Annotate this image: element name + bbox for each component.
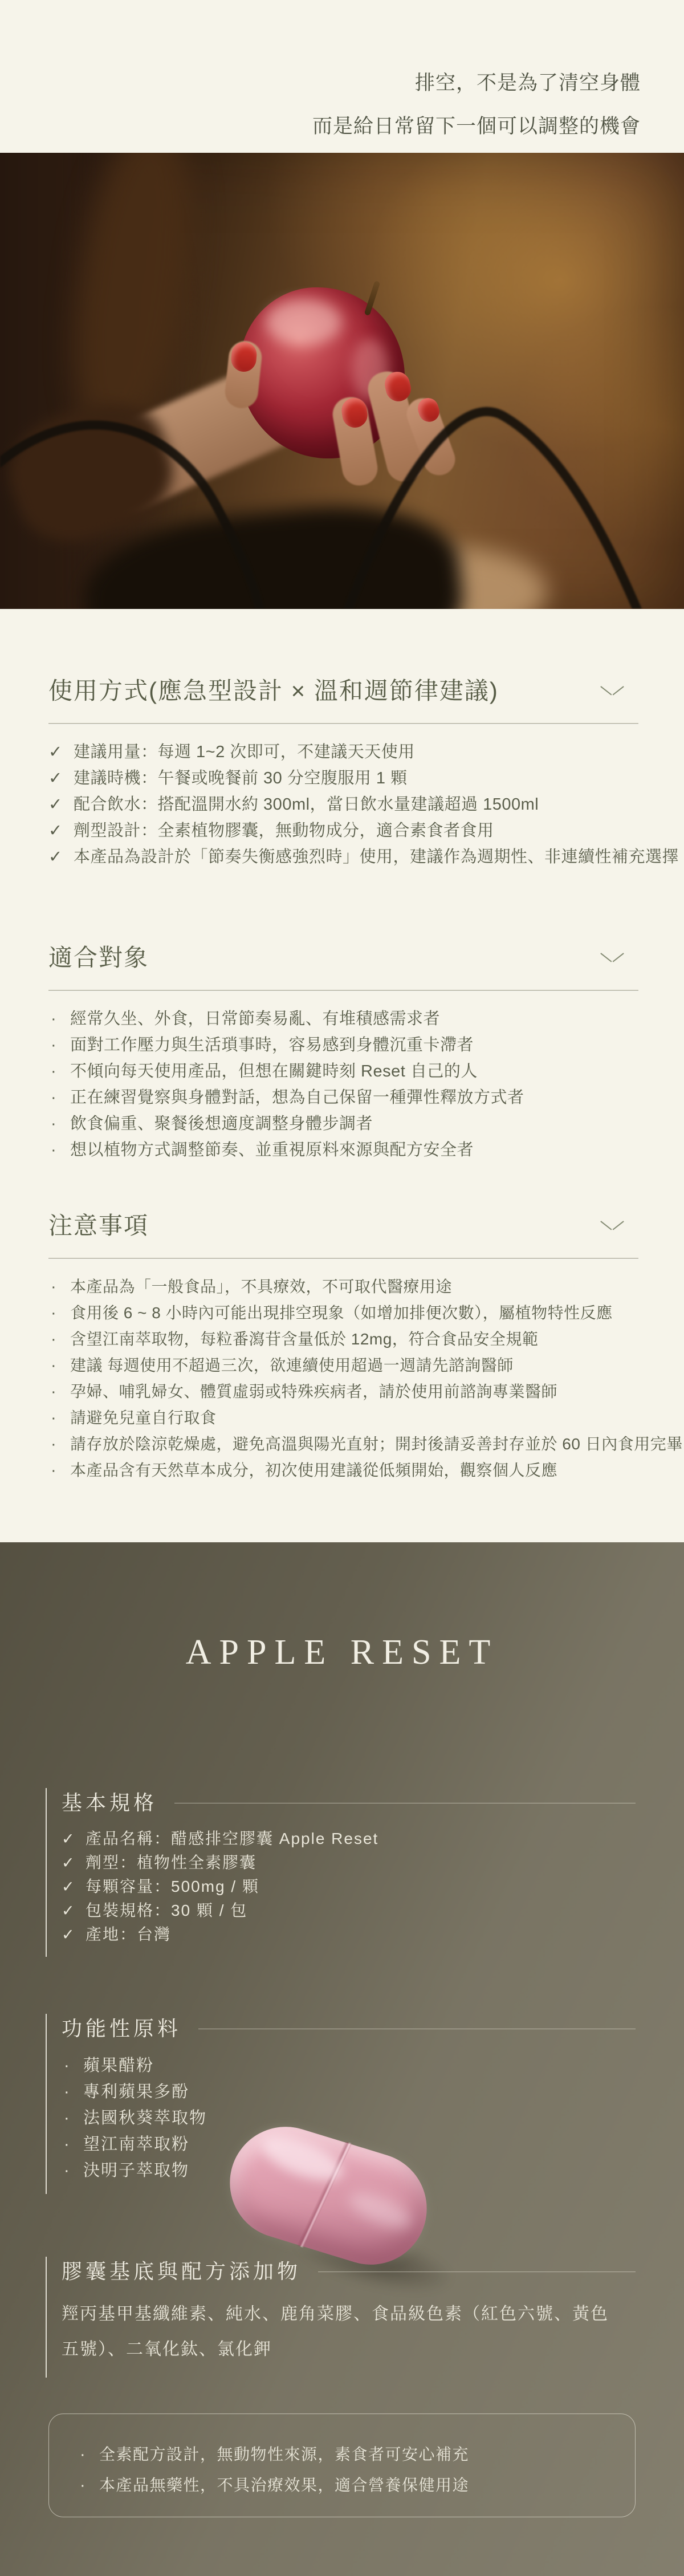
spec-item-text: 產地：台灣 — [85, 1923, 171, 1947]
list-item: ·食用後 6 ~ 8 小時內可能出現排空現象（如增加排便次數），屬植物特性反應 — [48, 1300, 638, 1326]
spec-item-text: 劑型：植物性全素膠囊 — [85, 1851, 256, 1875]
spec-item-text: 包裝規格：30 顆 / 包 — [85, 1899, 247, 1923]
bag-straps — [0, 153, 684, 609]
chevron-down-icon[interactable] — [602, 1218, 622, 1233]
cautions-accordion-header[interactable]: 注意事項 — [48, 1211, 638, 1241]
list-item: ·想以植物方式調整節奏、並重視原料來源與配方安全者 — [48, 1137, 638, 1163]
check-icon: ✓ — [48, 765, 74, 791]
specs-header: 基本規格 — [62, 1788, 636, 1818]
bullet-icon: · — [48, 1058, 70, 1084]
ingredient-item-text: 決明子萃取物 — [83, 2157, 189, 2184]
list-item: ✓建議時機：午餐或晚餐前 30 分空腹服用 1 顆 — [48, 765, 638, 791]
specs-list: ✓產品名稱：醋感排空膠囊 Apple Reset ✓劑型：植物性全素膠囊 ✓每顆… — [62, 1827, 636, 1947]
check-icon: ✓ — [48, 844, 74, 870]
usage-list: ✓建議用量：每週 1~2 次即可，不建議天天使用 ✓建議時機：午餐或晚餐前 30… — [48, 739, 638, 870]
divider — [48, 1258, 638, 1259]
check-icon: ✓ — [62, 1851, 85, 1875]
capsule-base-text: 羥丙基甲基纖維素、純水、鹿角菜膠、食品級色素（紅色六號、黃色五號）、二氧化鈦、氯… — [62, 2297, 626, 2367]
tagline-line1: 排空，不是為了清空身體 — [312, 62, 641, 105]
capsule-base-header: 膠囊基底與配方添加物 — [62, 2257, 636, 2286]
usage-accordion-header[interactable]: 使用方式(應急型設計 × 溫和週節律建議) — [48, 676, 638, 706]
ingredient-item-text: 蘋果醋粉 — [83, 2053, 154, 2079]
list-item: ·請避免兒童自行取食 — [48, 1405, 638, 1431]
bullet-icon: · — [62, 2157, 83, 2184]
usage-item-text: 建議時機：午餐或晚餐前 30 分空腹服用 1 顆 — [74, 765, 408, 791]
bullet-icon: · — [48, 1379, 70, 1405]
heading-rule — [174, 1803, 636, 1803]
usage-item-text: 劑型設計：全素植物膠囊，無動物成分，適合素食者食用 — [74, 818, 494, 844]
list-item: ·蘋果醋粉 — [62, 2053, 636, 2079]
bullet-icon: · — [48, 1405, 70, 1431]
caution-item-text: 本產品含有天然草本成分，初次使用建議從低頻開始，觀察個人反應 — [70, 1457, 557, 1483]
bullet-icon: · — [62, 2131, 83, 2157]
spec-item-text: 產品名稱：醋感排空膠囊 Apple Reset — [85, 1827, 378, 1851]
list-item: ·本產品含有天然草本成分，初次使用建議從低頻開始，觀察個人反應 — [48, 1457, 638, 1484]
ingredients-header: 功能性原料 — [62, 2014, 636, 2043]
bullet-icon: · — [48, 1432, 70, 1457]
bullet-icon: · — [48, 1301, 70, 1326]
list-item: ✓產品名稱：醋感排空膠囊 Apple Reset — [62, 1827, 636, 1851]
check-icon: ✓ — [62, 1827, 85, 1851]
list-item: ✓產地：台灣 — [62, 1923, 636, 1947]
audience-title: 適合對象 — [48, 943, 149, 973]
ingredients-title: 功能性原料 — [62, 2014, 181, 2043]
list-item: ·經常久坐、外食，日常節奏易亂、有堆積感需求者 — [48, 1006, 638, 1032]
section-usage: 使用方式(應急型設計 × 溫和週節律建議) ✓建議用量：每週 1~2 次即可，不… — [48, 676, 638, 870]
list-item: ·全素配方設計，無動物性來源，素食者可安心補充 — [78, 2439, 606, 2470]
list-item: ·法國秋葵萃取物 — [62, 2105, 636, 2131]
cautions-title: 注意事項 — [48, 1211, 149, 1241]
bullet-icon: · — [48, 1006, 70, 1032]
list-item: ·本產品無藥性，不具治療效果，適合營養保健用途 — [78, 2470, 606, 2501]
list-item: ·飲食偏重、聚餐後想適度調整身體步調者 — [48, 1111, 638, 1137]
usage-item-text: 配合飲水：搭配溫開水約 300ml，當日飲水量建議超過 1500ml — [74, 791, 539, 818]
caution-item-text: 請存放於陰涼乾燥處，避免高溫與陽光直射；開封後請妥善封存並於 60 日內食用完畢 — [70, 1431, 683, 1457]
list-item: ✓每顆容量：500mg / 顆 — [62, 1875, 636, 1899]
list-item: ·孕婦、哺乳婦女、體質虛弱或特殊疾病者，請於使用前諮詢專業醫師 — [48, 1379, 638, 1405]
check-icon: ✓ — [62, 1875, 85, 1899]
ingredient-item-text: 專利蘋果多酚 — [83, 2079, 189, 2105]
spec-item-text: 每顆容量：500mg / 顆 — [85, 1875, 259, 1899]
footnote-text: 全素配方設計，無動物性來源，素食者可安心補充 — [99, 2439, 469, 2470]
capsule-base-title: 膠囊基底與配方添加物 — [62, 2257, 301, 2286]
check-icon: ✓ — [48, 791, 74, 818]
chevron-down-icon[interactable] — [602, 950, 622, 965]
section-capsule-base: 膠囊基底與配方添加物 羥丙基甲基纖維素、純水、鹿角菜膠、食品級色素（紅色六號、黃… — [46, 2257, 636, 2378]
list-item: ·含望江南萃取物，每粒番瀉苷含量低於 12mg，符合食品安全規範 — [48, 1326, 638, 1352]
ingredient-item-text: 法國秋葵萃取物 — [83, 2105, 207, 2131]
bullet-icon: · — [48, 1458, 70, 1484]
check-icon: ✓ — [48, 739, 74, 765]
audience-item-text: 飲食偏重、聚餐後想適度調整身體步調者 — [70, 1111, 373, 1137]
check-icon: ✓ — [62, 1923, 85, 1947]
capsule-highlight — [345, 2186, 417, 2236]
bullet-icon: · — [48, 1137, 70, 1163]
list-item: ·本產品為「一般食品」，不具療效，不可取代醫療用途 — [48, 1274, 638, 1300]
audience-list: ·經常久坐、外食，日常節奏易亂、有堆積感需求者 ·面對工作壓力與生活瑣事時，容易… — [48, 1006, 638, 1163]
caution-item-text: 孕婦、哺乳婦女、體質虛弱或特殊疾病者，請於使用前諮詢專業醫師 — [70, 1379, 557, 1404]
section-specs: 基本規格 ✓產品名稱：醋感排空膠囊 Apple Reset ✓劑型：植物性全素膠… — [46, 1788, 636, 1957]
list-item: ·專利蘋果多酚 — [62, 2079, 636, 2105]
bullet-icon: · — [48, 1327, 70, 1352]
audience-item-text: 不傾向每天使用產品，但想在關鍵時刻 Reset 自己的人 — [70, 1058, 478, 1084]
audience-item-text: 面對工作壓力與生活瑣事時，容易感到身體沉重卡滯者 — [70, 1032, 474, 1058]
footnote-text: 本產品無藥性，不具治療效果，適合營養保健用途 — [99, 2470, 469, 2501]
specs-title: 基本規格 — [62, 1788, 157, 1818]
list-item: ✓建議用量：每週 1~2 次即可，不建議天天使用 — [48, 739, 638, 765]
section-cautions: 注意事項 ·本產品為「一般食品」，不具療效，不可取代醫療用途 ·食用後 6 ~ … — [48, 1211, 638, 1484]
audience-item-text: 想以植物方式調整節奏、並重視原料來源與配方安全者 — [70, 1137, 474, 1163]
cautions-list: ·本產品為「一般食品」，不具療效，不可取代醫療用途 ·食用後 6 ~ 8 小時內… — [48, 1274, 638, 1484]
list-item: ·正在練習覺察與身體對話，想為自己保留一種彈性釋放方式者 — [48, 1084, 638, 1111]
heading-rule — [318, 2272, 636, 2272]
tagline: 排空，不是為了清空身體 而是給日常留下一個可以調整的機會 — [312, 62, 641, 148]
usage-item-text: 本產品為設計於「節奏失衡感強烈時」使用，建議作為週期性、非連續性補充選擇 — [74, 844, 679, 870]
heading-rule — [198, 2029, 636, 2029]
caution-item-text: 食用後 6 ~ 8 小時內可能出現排空現象（如增加排便次數），屬植物特性反應 — [70, 1300, 613, 1326]
bullet-icon: · — [48, 1353, 70, 1379]
caution-item-text: 建議 每週使用不超過三次，欲連續使用超過一週請先諮詢醫師 — [70, 1352, 514, 1378]
caution-item-text: 請避免兒童自行取食 — [70, 1405, 217, 1431]
audience-item-text: 正在練習覺察與身體對話，想為自己保留一種彈性釋放方式者 — [70, 1084, 524, 1111]
bullet-icon: · — [78, 2439, 99, 2470]
usage-item-text: 建議用量：每週 1~2 次即可，不建議天天使用 — [74, 739, 415, 765]
check-icon: ✓ — [48, 818, 74, 844]
list-item: ✓劑型：植物性全素膠囊 — [62, 1851, 636, 1875]
bullet-icon: · — [62, 2053, 83, 2079]
divider — [48, 723, 638, 724]
list-item: ·不傾向每天使用產品，但想在關鍵時刻 Reset 自己的人 — [48, 1058, 638, 1084]
bullet-icon: · — [48, 1032, 70, 1058]
audience-accordion-header[interactable]: 適合對象 — [48, 943, 638, 973]
list-item: ·面對工作壓力與生活瑣事時，容易感到身體沉重卡滯者 — [48, 1032, 638, 1058]
section-audience: 適合對象 ·經常久坐、外食，日常節奏易亂、有堆積感需求者 ·面對工作壓力與生活瑣… — [48, 943, 638, 1163]
list-item: ✓劑型設計：全素植物膠囊，無動物成分，適合素食者食用 — [48, 818, 638, 844]
footnote-box: ·全素配方設計，無動物性來源，素食者可安心補充 ·本產品無藥性，不具治療效果，適… — [48, 2414, 636, 2517]
hero-photo — [0, 153, 684, 609]
list-item: ·請存放於陰涼乾燥處，避免高溫與陽光直射；開封後請妥善封存並於 60 日內食用完… — [48, 1431, 638, 1457]
list-item: ·建議 每週使用不超過三次，欲連續使用超過一週請先諮詢醫師 — [48, 1352, 638, 1379]
ingredient-item-text: 望江南萃取粉 — [83, 2131, 189, 2157]
audience-item-text: 經常久坐、外食，日常節奏易亂、有堆積感需求者 — [70, 1006, 440, 1032]
tagline-line2: 而是給日常留下一個可以調整的機會 — [312, 105, 641, 148]
bullet-icon: · — [62, 2105, 83, 2131]
bullet-icon: · — [48, 1274, 70, 1300]
bullet-icon: · — [78, 2470, 99, 2501]
bullet-icon: · — [48, 1084, 70, 1111]
list-item: ✓配合飲水：搭配溫開水約 300ml，當日飲水量建議超過 1500ml — [48, 791, 638, 818]
list-item: ✓本產品為設計於「節奏失衡感強烈時」使用，建議作為週期性、非連續性補充選擇 — [48, 844, 638, 870]
caution-item-text: 本產品為「一般食品」，不具療效，不可取代醫療用途 — [70, 1274, 452, 1299]
bullet-icon: · — [48, 1111, 70, 1137]
check-icon: ✓ — [62, 1899, 85, 1923]
caution-item-text: 含望江南萃取物，每粒番瀉苷含量低於 12mg，符合食品安全規範 — [70, 1326, 538, 1352]
product-detail-page: 排空，不是為了清空身體 而是給日常留下一個可以調整的機會 使用方式(應急型設計 … — [0, 0, 684, 2576]
brand-title: APPLE RESET — [0, 1632, 684, 1673]
product-info-panel: APPLE RESET 基本規格 ✓產品名稱：醋感排空膠囊 Apple Rese… — [0, 1542, 684, 2576]
usage-title: 使用方式(應急型設計 × 溫和週節律建議) — [48, 676, 499, 706]
divider — [48, 990, 638, 991]
bullet-icon: · — [62, 2079, 83, 2105]
list-item: ✓包裝規格：30 顆 / 包 — [62, 1899, 636, 1923]
chevron-down-icon[interactable] — [602, 684, 622, 698]
